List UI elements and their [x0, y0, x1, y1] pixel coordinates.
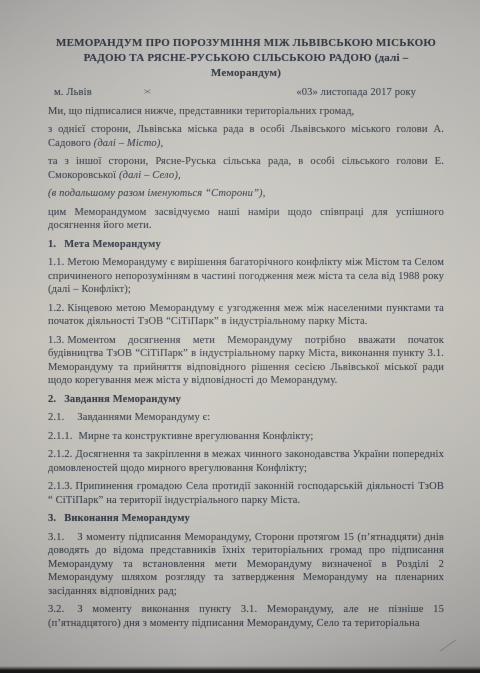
memo-title-line2: РАДОЮ ТА РЯСНЕ-РУСЬКОЮ СІЛЬСЬКОЮ РАДОЮ (…: [84, 52, 409, 79]
memo-title: МЕМОРАНДУМ ПРО ПОРОЗУМІННЯ МІЖ ЛЬВІВСЬКО…: [48, 36, 444, 81]
section-2-heading: 2.Завдання Меморандуму: [48, 393, 444, 407]
section-3-title: Виконання Меморандуму: [64, 513, 190, 524]
memo-title-line1: МЕМОРАНДУМ ПРО ПОРОЗУМІННЯ МІЖ ЛЬВІВСЬКО…: [56, 37, 436, 49]
section-3-number: 3.: [48, 513, 56, 524]
clause-1-2-number: 1.2.: [48, 303, 64, 314]
clause-3-2: 3.2.З моменту виконання пункту 3.1. Мемо…: [48, 603, 444, 630]
clause-3-2-text: З моменту виконання пункту 3.1. Меморанд…: [48, 604, 444, 629]
clause-1-2-text: Кінцевою метою Меморандуму є узгодження …: [48, 303, 444, 328]
memo-page: МЕМОРАНДУМ ПРО ПОРОЗУМІННЯ МІЖ ЛЬВІВСЬКО…: [48, 36, 444, 635]
clause-1-3: 1.3.Моментом досягнення мети Меморандуму…: [48, 334, 444, 388]
place-label: м. Львів: [54, 86, 92, 100]
photo-bottom-edge-shadow: [0, 666, 480, 673]
clause-1-1-text: Метою Меморандуму є вирішення багаторічн…: [48, 257, 444, 295]
date-label: «03» листопада 2017 року: [296, 86, 416, 100]
party-village-alias: (далі – Село),: [119, 170, 181, 181]
clause-2-1-3-number: 2.1.3.: [48, 481, 73, 492]
clause-2-1-2: 2.1.2.Досягнення та закріплення в межах …: [48, 448, 444, 475]
clause-1-1: 1.1.Метою Меморандуму є вирішення багато…: [48, 256, 444, 297]
place-date-row: м. Львів «03» листопада 2017 року: [48, 86, 444, 100]
clause-2-1-1: 2.1.1.Мирне та конструктивне врегулюванн…: [48, 430, 444, 444]
together-named-paragraph: (в подальшому разом іменуються “Сторони”…: [48, 187, 444, 201]
clause-1-2: 1.2.Кінцевою метою Меморандуму є узгодже…: [48, 302, 444, 329]
section-2-number: 2.: [48, 394, 56, 405]
section-1-title: Мета Меморандуму: [64, 239, 161, 250]
clause-1-3-number: 1.3.: [48, 335, 64, 346]
party-village-text: та з іншої сторони, Рясне-Руська сільськ…: [48, 156, 444, 181]
paper-crease-mark: [440, 639, 457, 651]
intent-paragraph: цим Меморандумом засвідчуємо наші наміри…: [48, 206, 444, 233]
party-city-paragraph: з однієї сторони, Львівська міська рада …: [48, 123, 444, 150]
clause-3-1-number: 3.1.: [48, 532, 64, 543]
party-village-paragraph: та з іншої сторони, Рясне-Руська сільськ…: [48, 155, 444, 182]
clause-3-1-text: З моменту підписання Меморандуму, Сторон…: [48, 532, 444, 597]
clause-2-1-number: 2.1.: [48, 412, 64, 423]
section-1-heading: 1.Мета Меморандуму: [48, 238, 444, 252]
preamble-intro: Ми, що підписалися нижче, представники т…: [48, 105, 444, 119]
document-photo: МЕМОРАНДУМ ПРО ПОРОЗУМІННЯ МІЖ ЛЬВІВСЬКО…: [0, 0, 480, 673]
clause-2-1-2-text: Досягнення та закріплення в межах чинног…: [48, 449, 444, 474]
clause-2-1-2-number: 2.1.2.: [48, 449, 73, 460]
clause-3-1: 3.1.З моменту підписання Меморандуму, Ст…: [48, 531, 444, 599]
clause-2-1-3: 2.1.3.Припинення громадою Села протидії …: [48, 480, 444, 507]
clause-2-1-1-number: 2.1.1.: [48, 431, 73, 442]
clause-2-1-3-text: Припинення громадою Села протидії законн…: [48, 481, 444, 506]
section-2-title: Завдання Меморандуму: [64, 394, 181, 405]
clause-3-2-number: 3.2.: [48, 604, 64, 615]
clause-2-1: 2.1.Завданнями Меморандуму є:: [48, 411, 444, 425]
clause-1-1-number: 1.1.: [48, 257, 64, 268]
clause-1-3-text: Моментом досягнення мети Меморандуму пот…: [48, 335, 444, 387]
party-city-alias: (далі – Місто),: [94, 138, 164, 149]
section-1-number: 1.: [48, 239, 56, 250]
clause-2-1-text: Завданнями Меморандуму є:: [77, 412, 210, 423]
section-3-heading: 3.Виконання Меморандуму: [48, 512, 444, 526]
clause-2-1-1-text: Мирне та конструктивне врегулювання Конф…: [79, 431, 314, 442]
